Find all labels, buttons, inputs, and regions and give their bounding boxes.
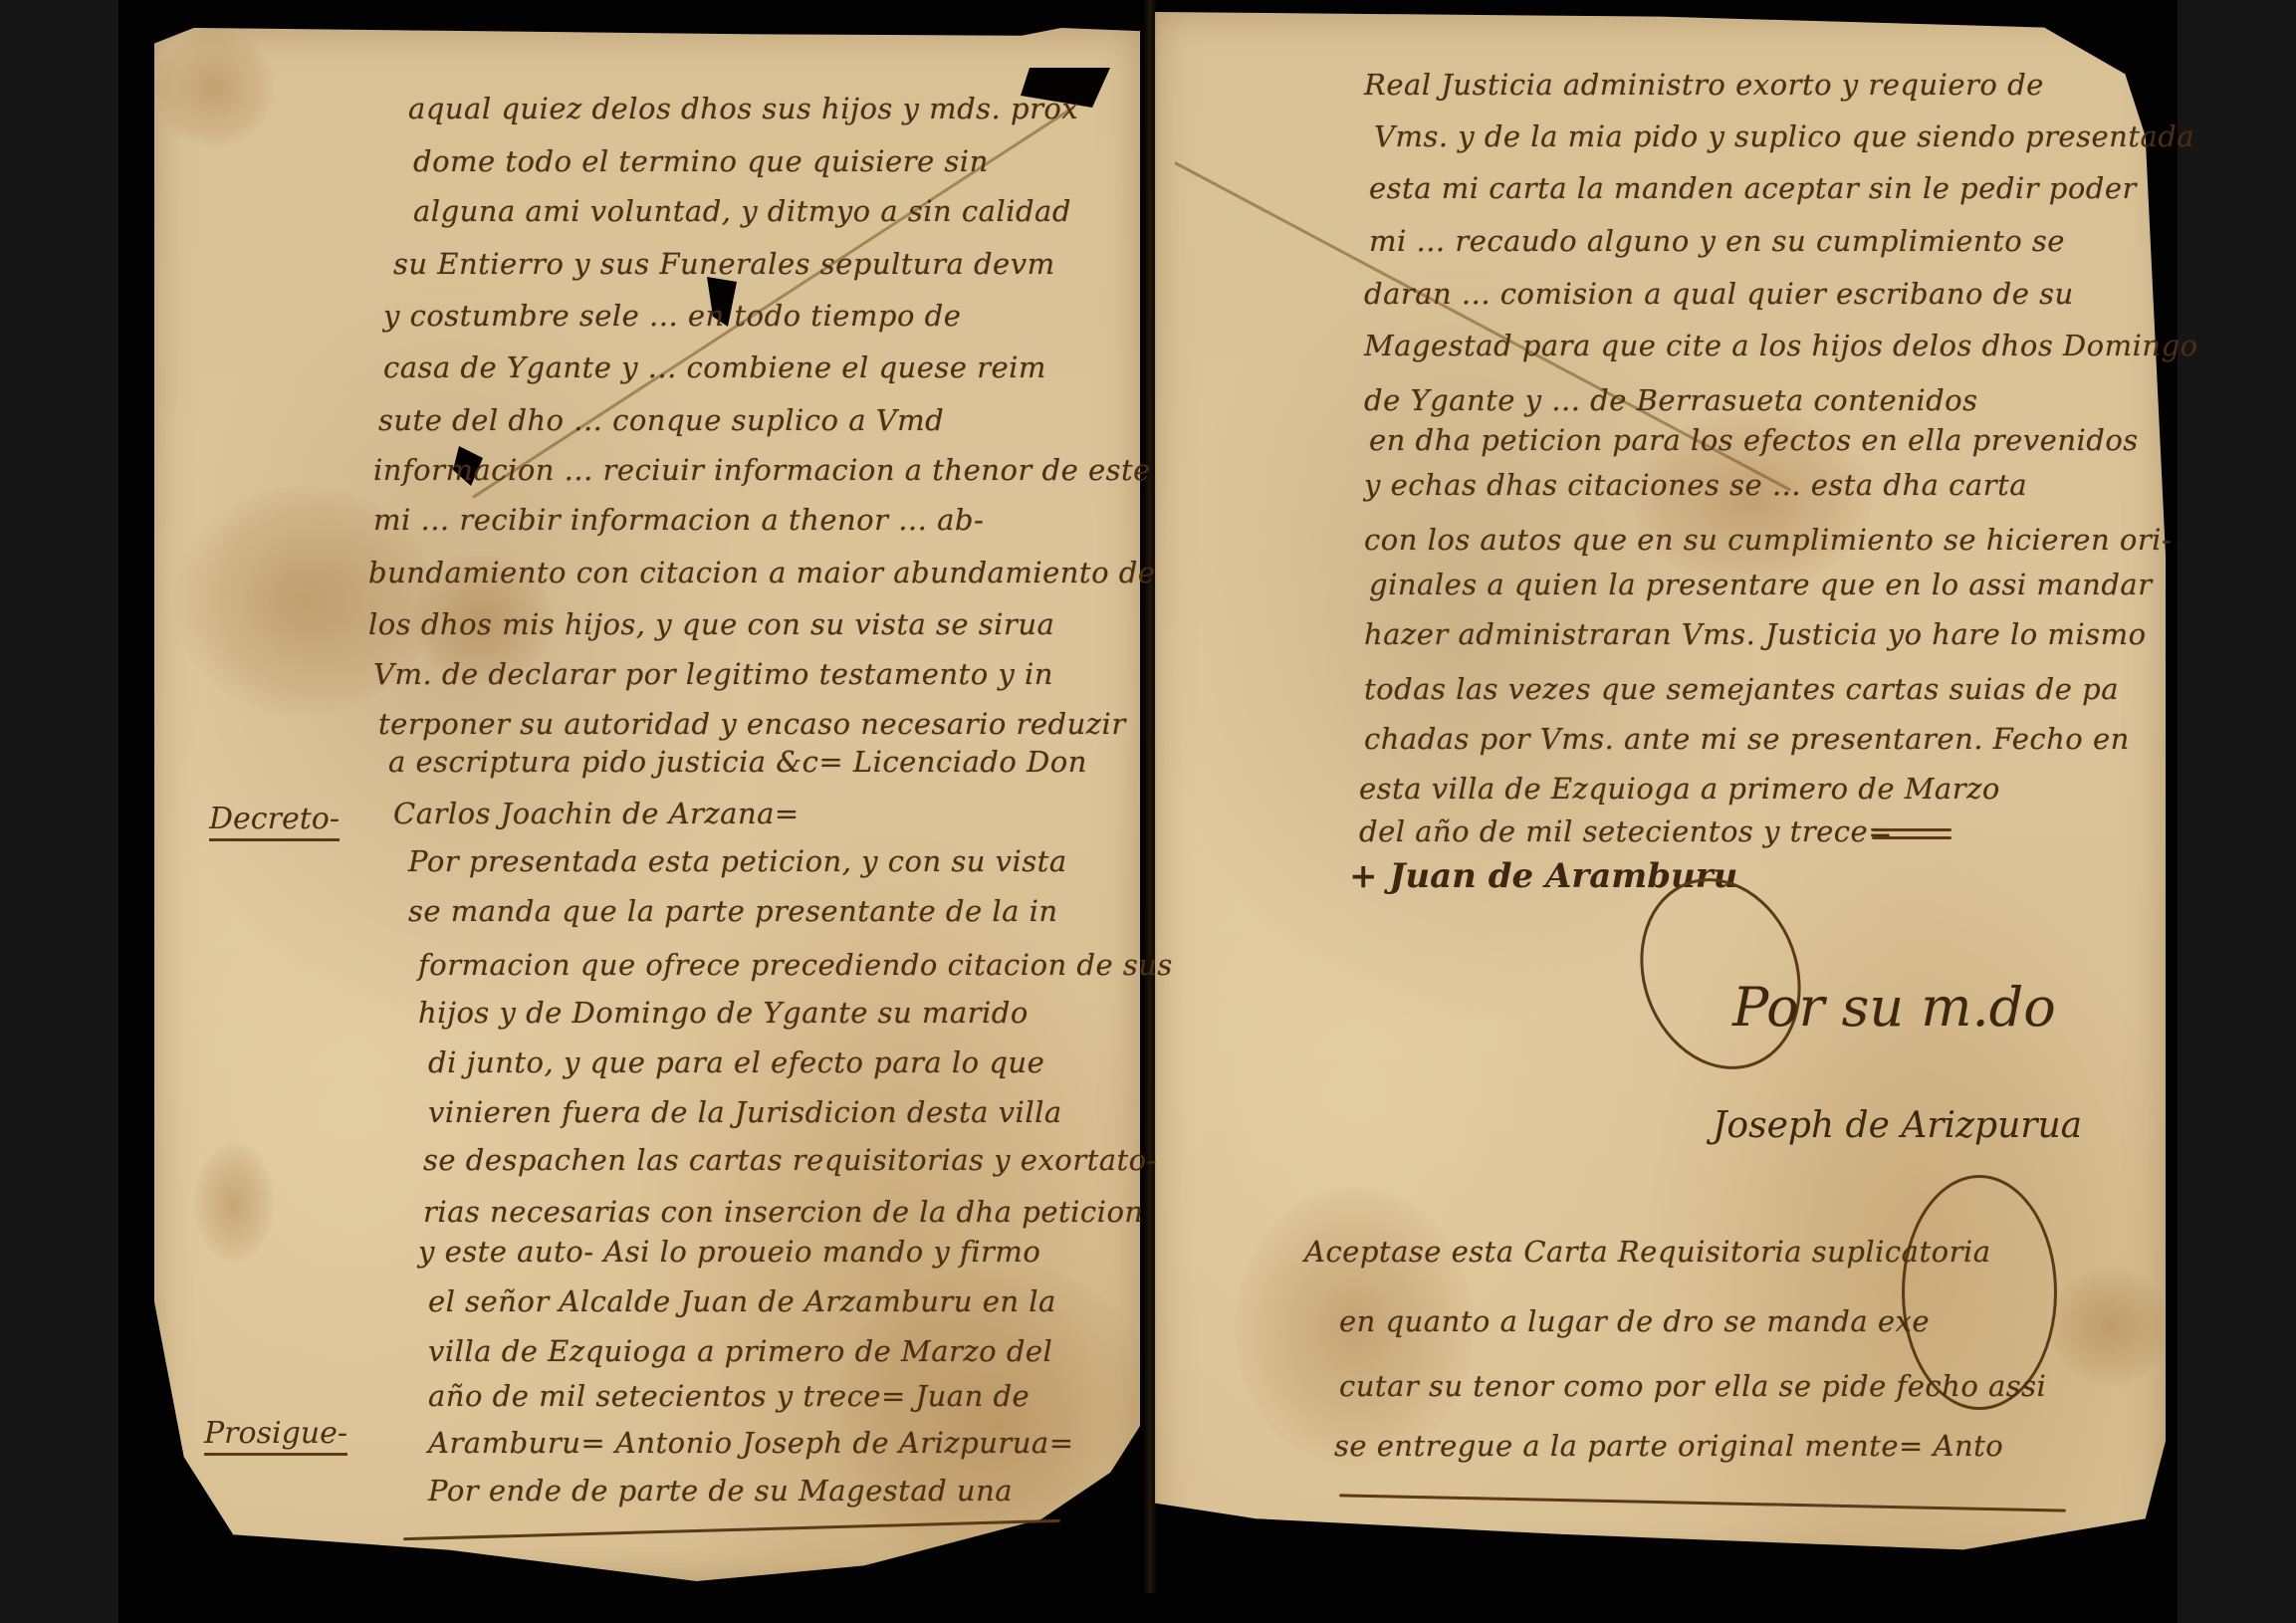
margin-note-decreto: Decreto- xyxy=(209,802,340,841)
text-line: dome todo el termino que quisiere sin xyxy=(413,144,989,178)
text-line: chadas por Vms. ante mi se presentaren. … xyxy=(1364,722,2130,756)
text-line: aqual quiez delos dhos sus hijos y mds. … xyxy=(408,92,1078,125)
book-spine xyxy=(1143,0,1157,1593)
text-line: villa de Ezquioga a primero de Marzo del xyxy=(428,1334,1052,1368)
text-line: el señor Alcalde Juan de Arzamburu en la xyxy=(428,1284,1056,1318)
text-line: en quanto a lugar de dro se manda exe xyxy=(1339,1304,1930,1338)
text-line: y costumbre sele ... en todo tiempo de xyxy=(383,299,961,333)
text-line: su Entierro y sus Funerales sepultura de… xyxy=(393,247,1055,281)
text-line: y este auto- Asi lo proueio mando y firm… xyxy=(418,1235,1040,1269)
text-line: a escriptura pido justicia &c= Licenciad… xyxy=(388,745,1087,779)
text-line: Por presentada esta peticion, y con su v… xyxy=(408,844,1067,878)
text-line: di junto, y que para el efecto para lo q… xyxy=(428,1045,1044,1079)
text-line: informacion ... reciuir informacion a th… xyxy=(373,453,1151,487)
text-line: Magestad para que cite a los hijos delos… xyxy=(1364,329,2198,362)
text-line: casa de Ygante y ... combiene el quese r… xyxy=(383,350,1046,384)
signature-joseph-arizpurua: Joseph de Arizpurua xyxy=(1713,1105,2082,1146)
text-line: y echas dhas citaciones se ... esta dha … xyxy=(1364,468,2027,502)
text-line: cutar su tenor como por ella se pide fec… xyxy=(1339,1369,2046,1403)
text-line: formacion que ofrece precediendo citacio… xyxy=(418,948,1173,982)
text-line: hazer administraran Vms. Justicia yo har… xyxy=(1364,617,2147,651)
text-line: hijos y de Domingo de Ygante su marido xyxy=(418,996,1029,1030)
text-line: rias necesarias con insercion de la dha … xyxy=(423,1195,1144,1229)
text-line: se manda que la parte presentante de la … xyxy=(408,894,1058,928)
corner-stain xyxy=(154,28,274,147)
text-line: los dhos mis hijos, y que con su vista s… xyxy=(368,607,1054,641)
text-line: Aceptase esta Carta Requisitoria suplica… xyxy=(1304,1235,1991,1269)
water-stain xyxy=(2051,1267,2171,1386)
text-line: Carlos Joachin de Arzana= xyxy=(393,797,800,830)
text-line: mi ... recaudo alguno y en su cumplimien… xyxy=(1369,224,2065,258)
text-line: terponer su autoridad y encaso necesario… xyxy=(378,707,1126,741)
text-line: Real Justicia administro exorto y requie… xyxy=(1364,68,2044,102)
text-line: de Ygante y ... de Berrasueta contenidos xyxy=(1364,383,1978,417)
text-line: sute del dho ... conque suplico a Vmd xyxy=(378,403,944,437)
text-line: Vm. de declarar por legitimo testamento … xyxy=(373,657,1053,691)
margin-note-prosigue: Prosigue- xyxy=(204,1416,347,1456)
text-line: vinieren fuera de la Jurisdicion desta v… xyxy=(428,1095,1062,1129)
text-line: bundamiento con citacion a maior abundam… xyxy=(368,556,1156,589)
text-line: esta mi carta la manden aceptar sin le p… xyxy=(1369,171,2137,205)
text-line: se despachen las cartas requisitorias y … xyxy=(423,1143,1157,1177)
text-line: esta villa de Ezquioga a primero de Marz… xyxy=(1359,772,2000,806)
text-line: daran ... comision a qual quier escriban… xyxy=(1364,277,2074,311)
text-line: del año de mil setecientos y trece= xyxy=(1359,814,1893,848)
text-line: todas las vezes que semejantes cartas su… xyxy=(1364,672,2119,706)
double-rule xyxy=(1872,836,1952,839)
signature-por-su-mandado: Por su m.do xyxy=(1732,976,2056,1039)
double-rule xyxy=(1872,828,1952,831)
text-line: Por ende de parte de su Magestad una xyxy=(428,1474,1013,1507)
text-line: Vms. y de la mia pido y suplico que sien… xyxy=(1374,119,2194,153)
text-line: mi ... recibir informacion a thenor ... … xyxy=(373,503,984,537)
text-line: ginales a quien la presentare que en lo … xyxy=(1369,568,2153,601)
text-line: año de mil setecientos y trece= Juan de xyxy=(428,1379,1030,1413)
text-line: en dha peticion para los efectos en ella… xyxy=(1369,423,2139,457)
water-stain xyxy=(194,1143,274,1263)
text-line: con los autos que en su cumplimiento se … xyxy=(1364,523,2172,557)
text-line: Aramburu= Antonio Joseph de Arizpurua= xyxy=(428,1426,1074,1460)
text-line: se entregue a la parte original mente= A… xyxy=(1334,1429,2003,1463)
text-line: alguna ami voluntad, y ditmyo a sin cali… xyxy=(413,194,1071,228)
